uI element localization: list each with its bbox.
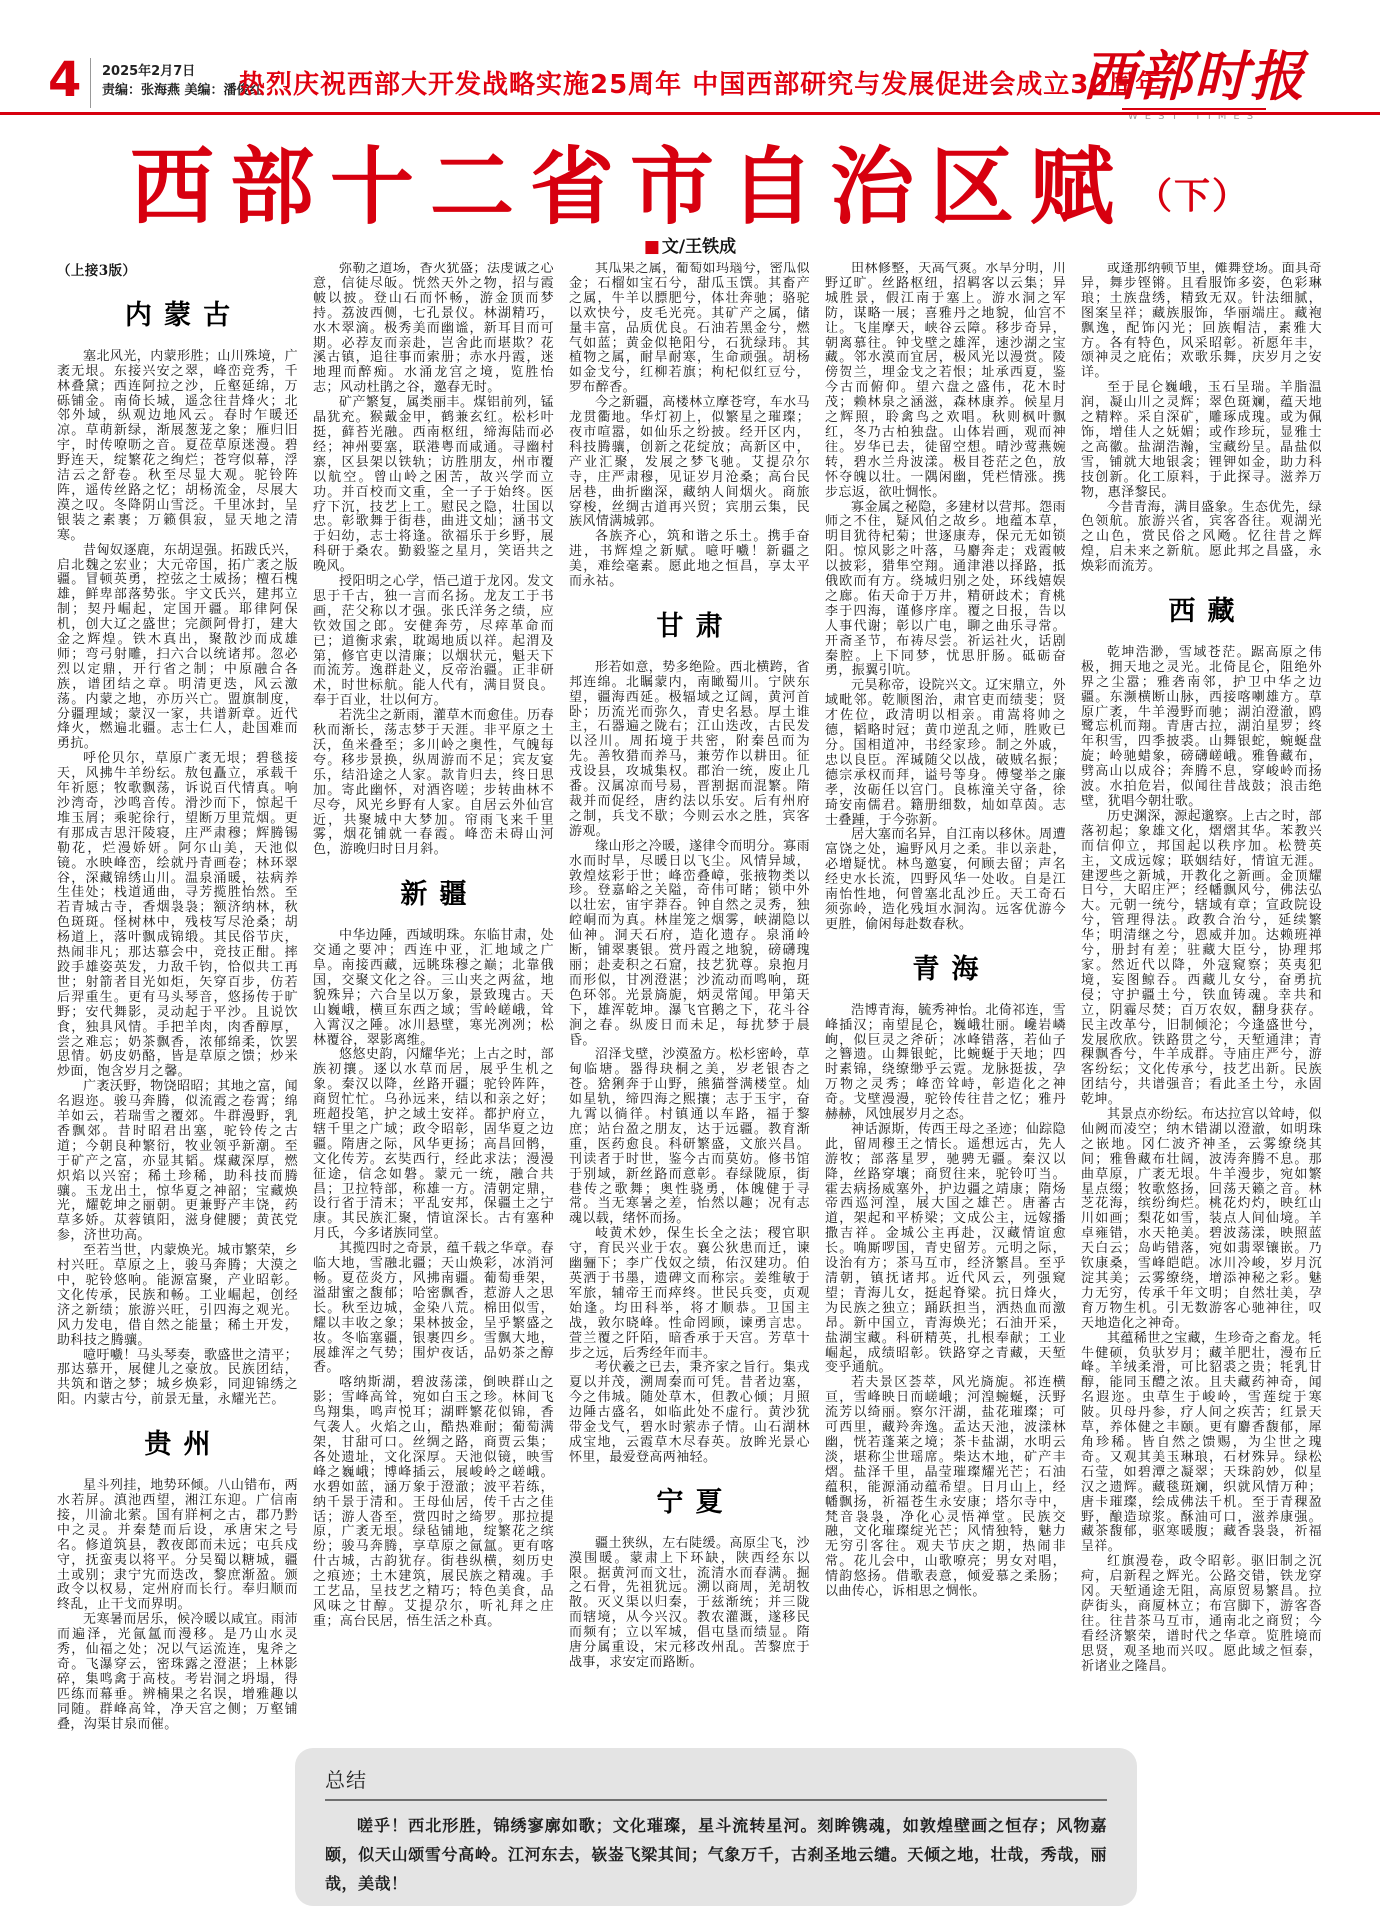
body-paragraph: 各族齐心，筑和谐之乐土。携手奋进，书辉煌之新赋。噫吁嚱！新疆之美，难绘毫素。愿此… [569, 530, 810, 590]
body-paragraph: 其揽四时之奇景，蕴千载之华章。春临大地，雪融北疆；天山焕彩，冰消河畅。夏莅炎方，… [313, 1242, 554, 1376]
masthead-logo: 西部时报 [1044, 48, 1344, 104]
body-paragraph: 昔匈奴逐鹿，东胡逞强。拓跋氏兴，启北魏之宏业；大元帝国，拓广袤之版疆。冒顿英勇，… [57, 544, 298, 753]
body-paragraph: 若洗尘之新雨，灌草木而愈佳。历春秋而渐长，荡志梦于天涯。非平原之土沃，鱼米叠至；… [313, 709, 554, 858]
body-paragraph: 历史渊深，源起邈察。上古之时，部落初起；象雄文化，熠熠其华。苯教兴而信仰立，邦国… [1081, 810, 1322, 1108]
summary-box: 总结 嗟乎！西北形胜，锦绣寥廓如歌；文化璀璨，星斗流转星河。刻眸镌魂，如敦煌壁画… [295, 1748, 1137, 1906]
newspaper-page: 4 2025年2月7日 责编：张海燕 美编：潘俊红 热烈庆祝西部大开发战略实施2… [0, 0, 1380, 1923]
summary-divider [325, 1799, 1107, 1801]
article-title-suffix: （下） [1136, 176, 1250, 217]
body-paragraph: 元昊称帝，设院兴文。辽宋鼎立，外域毗邻。乾顺图治，肃官吏而绩斐；贤才佐位，政清明… [825, 679, 1066, 828]
body-paragraph: 考伏羲之已去，秉齐家之旨行。集戎夏以并茂，溯周秦而可凭。昔者边塞，今之伟城。随处… [569, 1361, 810, 1465]
text-column-2: 弥勒之道场，香火犹盛；法虔诚之心意，信徒尽皈。恍然天外之物，招与霞帔以披。登山石… [313, 262, 554, 1742]
body-paragraph: 至若当世，内蒙焕光。城市繁荣，乡村兴旺。草原之上，骏马奔腾；大漠之中，驼铃悠响。… [57, 1244, 298, 1348]
body-paragraph: 乾坤浩渺，雪域苍茫。踞高原之伟极，拥天地之灵光。北倚昆仑，阻绝外界之尘嚣；雅砻南… [1081, 646, 1322, 810]
body-paragraph: 浩博青海，毓秀神怡。北倚祁连，雪峰插汉；南望昆仑，巍峨壮丽。巉岩嶙峋，似巨灵之斧… [825, 1004, 1066, 1123]
body-paragraph: 沼泽戈壁，沙漠盈方。松杉密岭，草甸临塘。器得玦桐之美，岁老银杏之苍。猞猁奔于山野… [569, 1048, 810, 1227]
section-heading: 青海 [825, 963, 1066, 978]
text-column-3: 其瓜果之属，葡萄如玛瑙兮，密瓜似金；石榴如宝石兮，甜瓜玉馔。其畜产之属，牛羊以膘… [569, 262, 810, 1742]
body-paragraph: 缘山形之冷暖，遂律令而明分。寡雨水而时旱，尽暖日以飞尘。风情异域，敦煌炫彩于世；… [569, 840, 810, 1049]
byline-author: 文/王铁成 [662, 237, 736, 257]
body-paragraph: 或逢那纳顿节里，傩舞登场。面具奇异，舞步铿锵。且看服饰多姿，色彩琳琅；土族盘绣，… [1081, 262, 1322, 381]
body-paragraph: 弥勒之道场，香火犹盛；法虔诚之心意，信徒尽皈。恍然天外之物，招与霞帔以披。登山石… [313, 262, 554, 396]
continued-note: （上接3版） [57, 264, 298, 279]
header-rule [0, 112, 1380, 115]
body-paragraph: 今之新疆，高楼林立摩苍穹，车水马龙贯衢地。华灯初上，似繁星之璀璨；夜市喧嚣，如仙… [569, 396, 810, 530]
body-paragraph: 神话源斯，传西王母之圣迹；仙踪隐此，留周穆王之情长。遥想远古，先人游牧；部落星罗… [825, 1123, 1066, 1376]
body-paragraph: 矿产繁复，属类丽丰。煤铝前列，锰晶犹充。猴戴金甲，鹤兼玄红。松杉叶挺，藓苔光融。… [313, 396, 554, 575]
body-paragraph: 田林修整，天高气爽。水旱分明，川野辽旷。丝路枢纽，招羁客以云集；异城胜景，假江南… [825, 262, 1066, 501]
body-paragraph: 红旗漫卷，政令昭彰。驱旧制之沉疴，启新程之辉光。公路交错，铁龙穿冈。天堑通途无阻… [1081, 1555, 1322, 1674]
section-heading: 贵州 [57, 1438, 298, 1453]
text-column-4: 田林修整，天高气爽。水旱分明，川野辽旷。丝路枢纽，招羁客以云集；异城胜景，假江南… [825, 262, 1066, 1742]
page-header: 4 2025年2月7日 责编：张海燕 美编：潘俊红 热烈庆祝西部大开发战略实施2… [44, 54, 1344, 114]
body-paragraph: 今昔青海，满目盛象。生态优先，绿色领航。旅游兴省，宾客沓往。观湖光之山色，赏民俗… [1081, 501, 1322, 576]
body-paragraph: 形若如意，势多绝险。西北横跨，省邦连绵。北瞩蒙内，南瞰蜀川。宁陕东望，疆海西延。… [569, 661, 810, 840]
body-paragraph: 其景点亦纷纭。布达拉宫以耸峙，似仙阙而凌空；纳木错湖以澄澈，如明珠之嵌地。冈仁波… [1081, 1108, 1322, 1332]
summary-label: 总结 [325, 1764, 1107, 1793]
summary-text: 嗟乎！西北形胜，锦绣寥廓如歌；文化璀璨，星斗流转星河。刻眸镌魂，如敦煌壁画之恒存… [325, 1811, 1107, 1898]
section-heading: 西藏 [1081, 605, 1322, 620]
section-heading: 新疆 [313, 888, 554, 903]
body-paragraph: 居大塞而名异，自江南以移休。周遭富饶之处，遍野风月之柔。非以亲赴，必增疑忧。林鸟… [825, 828, 1066, 932]
body-paragraph: 悠悠史韵，闪耀华光；上古之时，部族初攘。逐以水草而居，展乎生机之象。秦汉以降，丝… [313, 1048, 554, 1242]
body-paragraph: 塞北风光，内蒙形胜；山川殊境，广袤无垠。东接兴安之翠，峰峦竞秀，千林叠黛；西连阿… [57, 350, 298, 544]
text-column-5: 或逢那纳顿节里，傩舞登场。面具奇异，舞步铿锵。且看服饰多姿，色彩琳琅；土族盘绣，… [1081, 262, 1322, 1742]
byline: ■文/王铁成 [0, 232, 1380, 257]
byline-square-icon: ■ [644, 237, 660, 257]
header-divider [90, 58, 91, 108]
section-heading: 宁夏 [569, 1496, 810, 1511]
section-heading: 甘肃 [569, 620, 810, 635]
body-paragraph: 呼伦贝尔，草原广袤无垠；碧毯接天，风拂牛羊纷纭。敖包矗立，承载千年祈愿；牧歌飘荡… [57, 752, 298, 1080]
text-column-1: （上接3版）内蒙古塞北风光，内蒙形胜；山川殊境，广袤无垠。东接兴安之翠，峰峦竞秀… [57, 262, 298, 1902]
page-number: 4 [48, 54, 81, 106]
body-paragraph: 中华边陲，西域明珠。东临甘肃，处交通之要冲；西连中亚，汇地域之广阜。南接西藏，远… [313, 929, 554, 1048]
body-paragraph: 广袤沃野，物饶昭昭；其地之富，闻名遐迩。骏马奔腾，似流霞之卷霄；绵羊如云，若瑞雪… [57, 1080, 298, 1244]
body-paragraph: 岐黄术妙，保生长全之法；稷官职守，育民兴业于农。襄公狄患而迁，谏幽骊下；李广伐奴… [569, 1227, 810, 1361]
body-paragraph: 其瓜果之属，葡萄如玛瑙兮，密瓜似金；石榴如宝石兮，甜瓜玉馔。其畜产之属，牛羊以膘… [569, 262, 810, 396]
section-heading: 内蒙古 [57, 309, 298, 324]
body-paragraph: 无寒暑而居乐，候冷暖以咸宜。雨沛而遍泽，光氤氲而漫移。是乃山水灵秀，仙福之处；况… [57, 1613, 298, 1732]
article-title-text: 西部十二省市自治区赋 [130, 138, 1130, 236]
body-paragraph: 至于昆仑巍峨，玉石呈瑞。羊脂温润，凝山川之灵辉；翠色斑斓，蕴天地之精粹。采自深矿… [1081, 381, 1322, 500]
body-paragraph: 噫吁嚱！马头琴奏，歌盛世之清平；那达慕开，展健儿之豪放。民族团结，共筑和谐之梦；… [57, 1349, 298, 1409]
body-paragraph: 星斗列挂，地势环倾。八山错布，两水若屏。滇池西望，湘江东迎。广信南接，川渝北萦。… [57, 1479, 298, 1613]
celebration-banner: 热烈庆祝西部大开发战略实施25周年 中国西部研究与发展促进会成立30周年 [239, 64, 1069, 101]
body-paragraph: 若夫景区荟萃，风光旖旎。祁连横亘，雪峰映日而嵯峨；河湟蜿蜒，沃野流芳以绮丽。察尔… [825, 1376, 1066, 1600]
body-paragraph: 寡金属之秘隐，多建材以营邦。怨雨师之不住，疑风伯之故乡。地蕴本草，明目犹待杞菊；… [825, 501, 1066, 680]
body-paragraph: 其蕴稀世之宝藏，生珍奇之畜龙。牦牛健硕，负驮岁月；藏羊肥壮，漫布丘峰。羊绒柔滑，… [1081, 1332, 1322, 1556]
article-title: 西部十二省市自治区赋（下） [0, 120, 1380, 241]
body-paragraph: 喀纳斯湖，碧波荡漾，倒映群山之影；雪峰高耸，宛如白玉之珍。林间飞鸟翔集，鸣声悦耳… [313, 1376, 554, 1629]
body-paragraph: 授阳明之心学，悟己道于龙冈。发文思于千古，独一言而名扬。龙友工于书画，茫父称以才… [313, 575, 554, 709]
body-paragraph: 疆土狭纵，左右陡缓。高原尘飞，沙漠围暖。蒙肃上下环缺，陕西经东以限。据黄河而文壮… [569, 1537, 810, 1671]
